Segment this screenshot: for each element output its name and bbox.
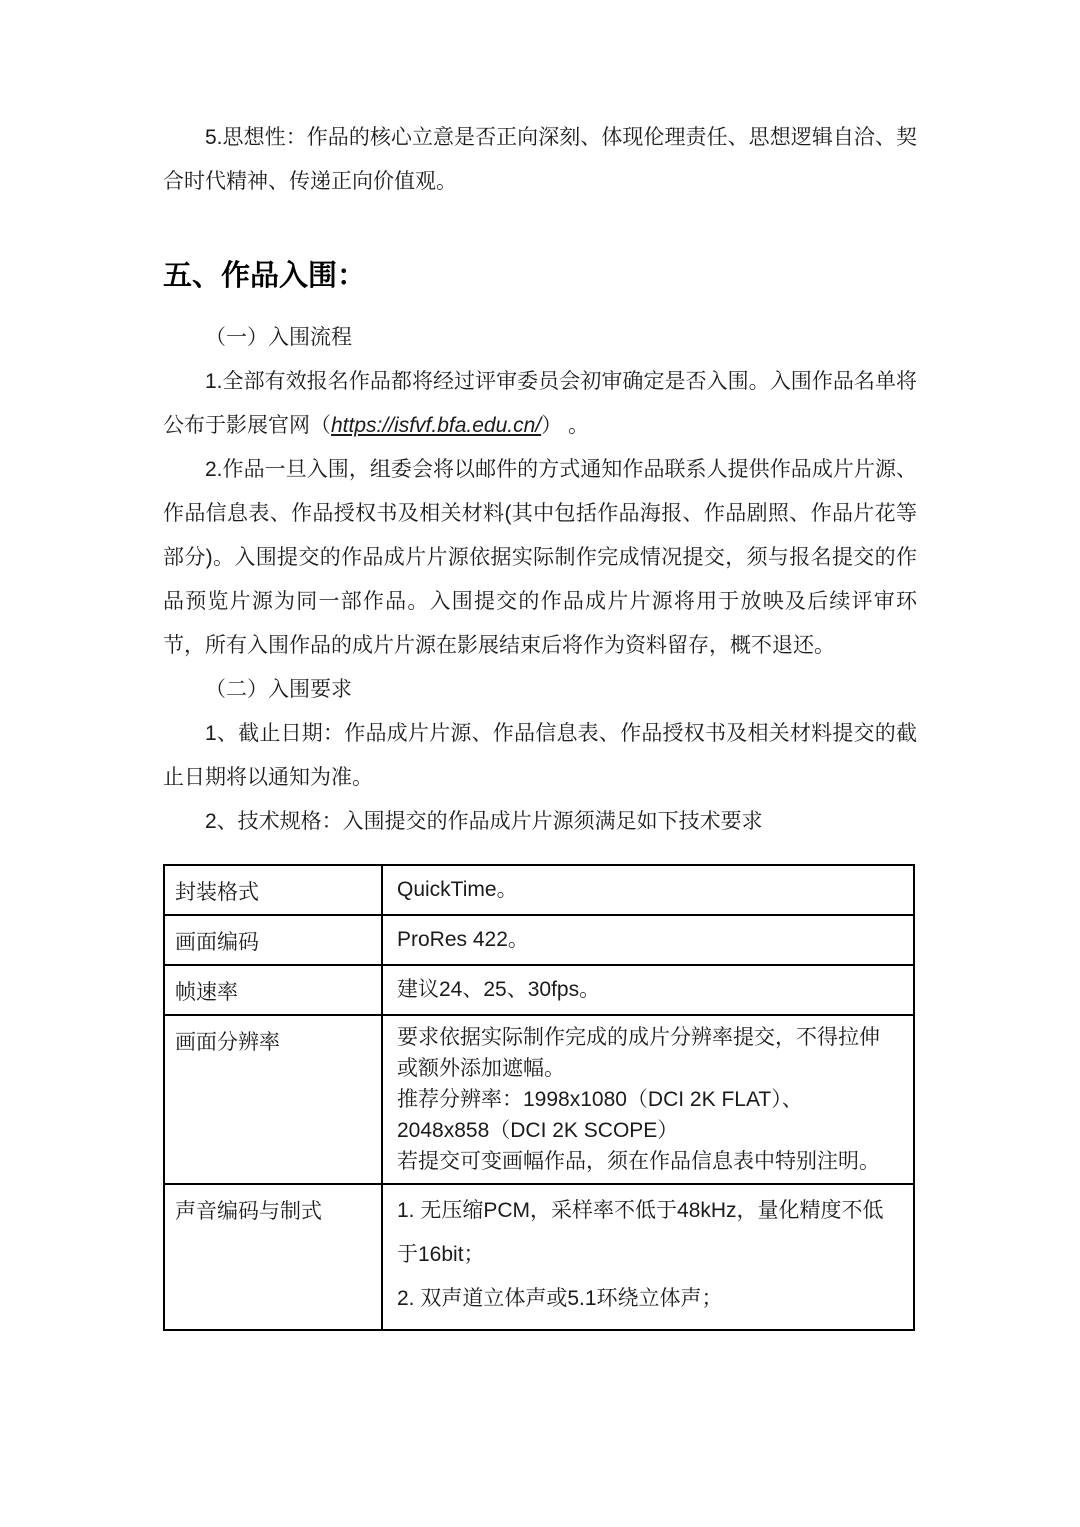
audio-spec-item-pcm: 1. 无压缩PCM，采样率不低于48kHz，量化精度不低于16bit； [397, 1189, 899, 1277]
paragraph-shortlist-item2: 2.作品一旦入围，组委会将以邮件的方式通知作品联系人提供作品成片片源、作品信息表… [163, 448, 917, 668]
spec-value-resolution: 要求依据实际制作完成的成片分辨率提交，不得拉伸或额外添加遮幅。 推荐分辨率：19… [382, 1015, 914, 1184]
spec-label-video-codec: 画面编码 [164, 915, 382, 965]
subheading-shortlist-requirements: （二）入围要求 [163, 668, 917, 712]
spec-label-resolution: 画面分辨率 [164, 1015, 382, 1184]
document-page: 5.思想性：作品的核心立意是否正向深刻、体现伦理责任、思想逻辑自洽、契合时代精神… [0, 0, 1080, 1527]
spec-label-container-format: 封装格式 [164, 865, 382, 915]
spec-value-container-format: QuickTime。 [382, 865, 914, 915]
spec-value-line: 2048x858（DCI 2K SCOPE） [397, 1115, 899, 1146]
spec-value-line: 要求依据实际制作完成的成片分辨率提交，不得拉伸或额外添加遮幅。 [397, 1022, 899, 1084]
spec-value-audio-codec: 1. 无压缩PCM，采样率不低于48kHz，量化精度不低于16bit； 2. 双… [382, 1184, 914, 1330]
spec-value-frame-rate: 建议24、25、30fps。 [382, 965, 914, 1015]
spec-value-line: 建议24、25、30fps。 [397, 974, 899, 1006]
table-row-audio-codec: 声音编码与制式 1. 无压缩PCM，采样率不低于48kHz，量化精度不低于16b… [164, 1184, 914, 1330]
paragraph-point5: 5.思想性：作品的核心立意是否正向深刻、体现伦理责任、思想逻辑自洽、契合时代精神… [163, 116, 917, 204]
table-row-frame-rate: 帧速率 建议24、25、30fps。 [164, 965, 914, 1015]
subheading-shortlist-process: （一）入围流程 [163, 316, 917, 360]
paragraph-deadline: 1、截止日期：作品成片片源、作品信息表、作品授权书及相关材料提交的截止日期将以通… [163, 712, 917, 800]
table-row-resolution: 画面分辨率 要求依据实际制作完成的成片分辨率提交，不得拉伸或额外添加遮幅。 推荐… [164, 1015, 914, 1184]
spec-value-video-codec: ProRes 422。 [382, 915, 914, 965]
spec-value-line: QuickTime。 [397, 874, 899, 906]
table-row-video-codec: 画面编码 ProRes 422。 [164, 915, 914, 965]
paragraph-shortlist-item1: 1.全部有效报名作品都将经过评审委员会初审确定是否入围。入围作品名单将公布于影展… [163, 360, 917, 448]
section-heading-entry-shortlist: 五、作品入围： [163, 256, 917, 296]
table-row-container-format: 封装格式 QuickTime。 [164, 865, 914, 915]
spec-value-line: ProRes 422。 [397, 924, 899, 956]
audio-spec-item-stereo: 2. 双声道立体声或5.1环绕立体声； [397, 1277, 899, 1321]
festival-website-link[interactable]: https://isfvf.bfa.edu.cn/ [331, 414, 541, 437]
spec-label-audio-codec: 声音编码与制式 [164, 1184, 382, 1330]
spec-value-line: 若提交可变画幅作品，须在作品信息表中特别注明。 [397, 1146, 899, 1177]
spec-value-line: 推荐分辨率：1998x1080（DCI 2K FLAT）、 [397, 1084, 899, 1115]
tech-specs-table: 封装格式 QuickTime。 画面编码 ProRes 422。 帧速率 建议2… [163, 864, 915, 1331]
paragraph-tech-spec-intro: 2、技术规格：入围提交的作品成片片源须满足如下技术要求 [163, 800, 917, 844]
spec-label-frame-rate: 帧速率 [164, 965, 382, 1015]
shortlist-item1-closing: ） 。 [541, 414, 589, 437]
